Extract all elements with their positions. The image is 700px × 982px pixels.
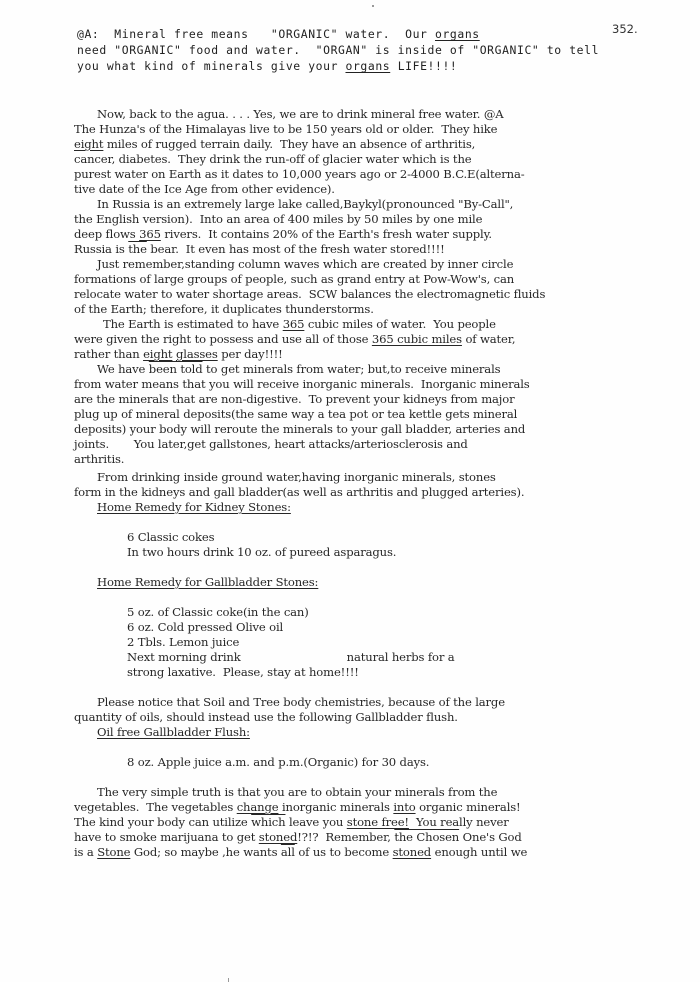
body-line: Just remember,standing column waves whic…: [97, 257, 513, 272]
text-run: enough until we: [431, 845, 527, 859]
body-line: Home Remedy for Kidney Stones:: [97, 500, 291, 515]
underlined-text: Oil free Gallbladder Flush:: [97, 725, 250, 739]
text-run: 6 Classic cokes: [127, 530, 214, 544]
text-run: of water,: [462, 332, 515, 346]
text-run: Please notice that Soil and Tree body ch…: [97, 695, 505, 709]
underlined-text: organs: [435, 27, 480, 41]
body-line: cancer, diabetes. They drink the run-off…: [74, 152, 471, 167]
body-line: 6 oz. Cold pressed Olive oil: [127, 620, 283, 635]
text-run: 6 oz. Cold pressed Olive oil: [127, 620, 283, 634]
underlined-text: organs: [345, 59, 390, 73]
text-run: 8 oz. Apple juice a.m. and p.m.(Organic)…: [127, 755, 429, 769]
body-line: joints. You later,get gallstones, heart …: [74, 437, 468, 452]
text-run: are the minerals that are non-digestive.…: [74, 392, 514, 406]
text-run: rather than: [74, 347, 143, 361]
header-line: need "ORGANIC" food and water. "ORGAN" i…: [77, 43, 599, 58]
body-line: Now, back to the agua. . . . Yes, we are…: [97, 107, 504, 122]
text-run: deposits) your body will reroute the min…: [74, 422, 525, 436]
text-run: In Russia is an extremely large lake cal…: [97, 197, 513, 211]
body-line: plug up of mineral deposits(the same way…: [74, 407, 517, 422]
text-run: the English version). Into an area of 40…: [74, 212, 482, 226]
scan-speck: [228, 978, 229, 982]
body-line: is a Stone God; so maybe ,he wants all o…: [74, 845, 527, 860]
body-line: The very simple truth is that you are to…: [97, 785, 497, 800]
underlined-text: Stone: [97, 845, 130, 859]
underlined-text: eight: [74, 137, 103, 151]
text-run: vegetables. The vegetables: [74, 800, 237, 814]
body-line: The kind your body can utilize which lea…: [74, 815, 509, 830]
text-run: of us to become: [295, 845, 393, 859]
text-run: LIFE!!!!: [390, 59, 457, 73]
text-run: One's God: [459, 830, 522, 844]
underlined-text: glasses: [176, 347, 218, 361]
text-run: Now, back to the agua. . . . Yes, we are…: [97, 107, 504, 121]
text-run: The Hunza's of the Himalayas live to be …: [74, 122, 497, 136]
scan-speck: [372, 5, 374, 7]
body-line: of the Earth; therefore, it duplicates t…: [74, 302, 374, 317]
text-run: plug up of mineral deposits(the same way…: [74, 407, 517, 421]
text-run: to get minerals from water; but,to recei…: [203, 362, 501, 376]
overlined-text: the: [128, 242, 147, 256]
text-run: tive date of the Ice Age from other evid…: [74, 182, 335, 196]
text-run: We have: [97, 362, 149, 376]
overlined-text: all: [281, 845, 295, 859]
body-line: 5 oz. of Classic coke(in the can): [127, 605, 309, 620]
body-line: Home Remedy for Gallbladder Stones:: [97, 575, 318, 590]
overlined-text: the Chosen: [394, 830, 459, 844]
body-line: The Hunza's of the Himalayas live to be …: [74, 122, 497, 137]
text-run: The Earth is estimated to have: [103, 317, 283, 331]
text-run: From drinking inside ground water,having…: [97, 470, 496, 484]
text-run: leave you: [285, 815, 346, 829]
body-line: In Russia is an extremely large lake cal…: [97, 197, 513, 212]
underlined-text: Home Remedy for Gallbladder Stones:: [97, 575, 318, 589]
text-run: In two hours drink 10 oz. of pureed aspa…: [127, 545, 396, 559]
text-run: per day!!!!: [218, 347, 283, 361]
text-run: of the Earth; therefore, it duplicates t…: [74, 302, 374, 316]
header-line: you what kind of minerals give your orga…: [77, 59, 457, 74]
underlined-text: 365: [283, 317, 305, 331]
body-line: formations of large groups of people, su…: [74, 272, 514, 287]
text-run: miles of rugged terrain daily. They have…: [103, 137, 475, 151]
body-line: have to smoke marijuana to get stoned!?!…: [74, 830, 522, 845]
underlined-text: 365: [139, 227, 161, 241]
text-run: deep flows: [74, 227, 139, 241]
text-run: arthritis.: [74, 452, 124, 466]
body-line: are the minerals that are non-digestive.…: [74, 392, 514, 407]
body-line: deposits) your body will reroute the min…: [74, 422, 525, 437]
text-run: were given the right to possess and use …: [74, 332, 372, 346]
text-run: @A: Mineral free means "ORGANIC" water. …: [77, 27, 435, 41]
body-line: purest water on Earth as it dates to 10,…: [74, 167, 525, 182]
text-run: God; so maybe ,he wants: [130, 845, 281, 859]
body-line: rather than eight glasses per day!!!!: [74, 347, 283, 362]
header-line: @A: Mineral free means "ORGANIC" water. …: [77, 27, 480, 42]
text-run: !?!? Remember,: [297, 830, 394, 844]
body-line: We have been told to get minerals from w…: [97, 362, 500, 377]
text-run: Russia is: [74, 242, 128, 256]
body-line: strong laxative. Please, stay at home!!!…: [127, 665, 359, 680]
text-run: 5 oz. of Classic coke(in the can): [127, 605, 309, 619]
text-run: relocate water to water shortage areas. …: [74, 287, 545, 301]
body-line: relocate water to water shortage areas. …: [74, 287, 545, 302]
body-line: were given the right to possess and use …: [74, 332, 515, 347]
underlined-text: stoned: [393, 845, 431, 859]
body-line: 8 oz. Apple juice a.m. and p.m.(Organic)…: [127, 755, 429, 770]
underlined-text: 365 cubic miles: [372, 332, 462, 346]
text-run: have to smoke marijuana to get: [74, 830, 259, 844]
overlined-text: which: [251, 815, 285, 829]
page-number: 352.: [612, 22, 638, 36]
body-line: from water means that you will receive i…: [74, 377, 530, 392]
text-run: purest water on Earth as it dates to 10,…: [74, 167, 525, 181]
text-run: Just remember,standing column waves whic…: [97, 257, 513, 271]
body-line: eight miles of rugged terrain daily. The…: [74, 137, 475, 152]
text-run: cubic miles of water. You people: [304, 317, 495, 331]
text-run: Next morning drink natural herbs for a: [127, 650, 455, 664]
underlined-text: into: [393, 800, 415, 814]
text-run: bear. It even has most of the fresh wate…: [147, 242, 445, 256]
body-line: Please notice that Soil and Tree body ch…: [97, 695, 505, 710]
document-page: 352. @A: Mineral free means "ORGANIC" wa…: [0, 0, 700, 982]
text-run: strong laxative. Please, stay at home!!!…: [127, 665, 359, 679]
underlined-text: stone free!: [347, 815, 409, 829]
text-run: You really never: [409, 815, 509, 829]
underlined-text: stoned: [259, 830, 297, 844]
underlined-text: change: [237, 800, 279, 814]
underlined-text: Home Remedy for Kidney Stones:: [97, 500, 291, 514]
body-line: In two hours drink 10 oz. of pureed aspa…: [127, 545, 396, 560]
body-line: 6 Classic cokes: [127, 530, 214, 545]
body-line: form in the kidneys and gall bladder(as …: [74, 485, 524, 500]
body-line: Oil free Gallbladder Flush:: [97, 725, 250, 740]
text-run: inorganic minerals: [278, 800, 393, 814]
text-run: 2 Tbls. Lemon juice: [127, 635, 239, 649]
text-run: rivers. It contains 20% of the Earth's f…: [161, 227, 492, 241]
body-line: arthritis.: [74, 452, 124, 467]
text-run: from water means that you will receive i…: [74, 377, 530, 391]
text-run: The very simple truth is that you are to…: [97, 785, 497, 799]
body-line: deep flows 365 rivers. It contains 20% o…: [74, 227, 492, 242]
body-line: From drinking inside ground water,having…: [97, 470, 496, 485]
body-line: 2 Tbls. Lemon juice: [127, 635, 239, 650]
body-line: Russia is the bear. It even has most of …: [74, 242, 445, 257]
body-line: tive date of the Ice Age from other evid…: [74, 182, 335, 197]
body-line: The Earth is estimated to have 365 cubic…: [103, 317, 496, 332]
text-run: The kind your body can utilize: [74, 815, 251, 829]
body-line: the English version). Into an area of 40…: [74, 212, 482, 227]
text-run: cancer, diabetes. They drink the run-off…: [74, 152, 471, 166]
text-run: joints. You later,get gallstones, heart …: [74, 437, 468, 451]
text-run: you what kind of minerals give your: [77, 59, 345, 73]
text-run: organic minerals!: [416, 800, 521, 814]
body-line: Next morning drink natural herbs for a: [127, 650, 455, 665]
text-run: is a: [74, 845, 97, 859]
underlined-text: eight: [143, 347, 172, 361]
text-run: formations of large groups of people, su…: [74, 272, 514, 286]
body-line: quantity of oils, should instead use the…: [74, 710, 458, 725]
body-line: vegetables. The vegetables change inorga…: [74, 800, 521, 815]
overlined-text: been told: [149, 362, 203, 376]
text-run: need "ORGANIC" food and water. "ORGAN" i…: [77, 43, 599, 57]
text-run: quantity of oils, should instead use the…: [74, 710, 458, 724]
text-run: form in the kidneys and gall bladder(as …: [74, 485, 524, 499]
